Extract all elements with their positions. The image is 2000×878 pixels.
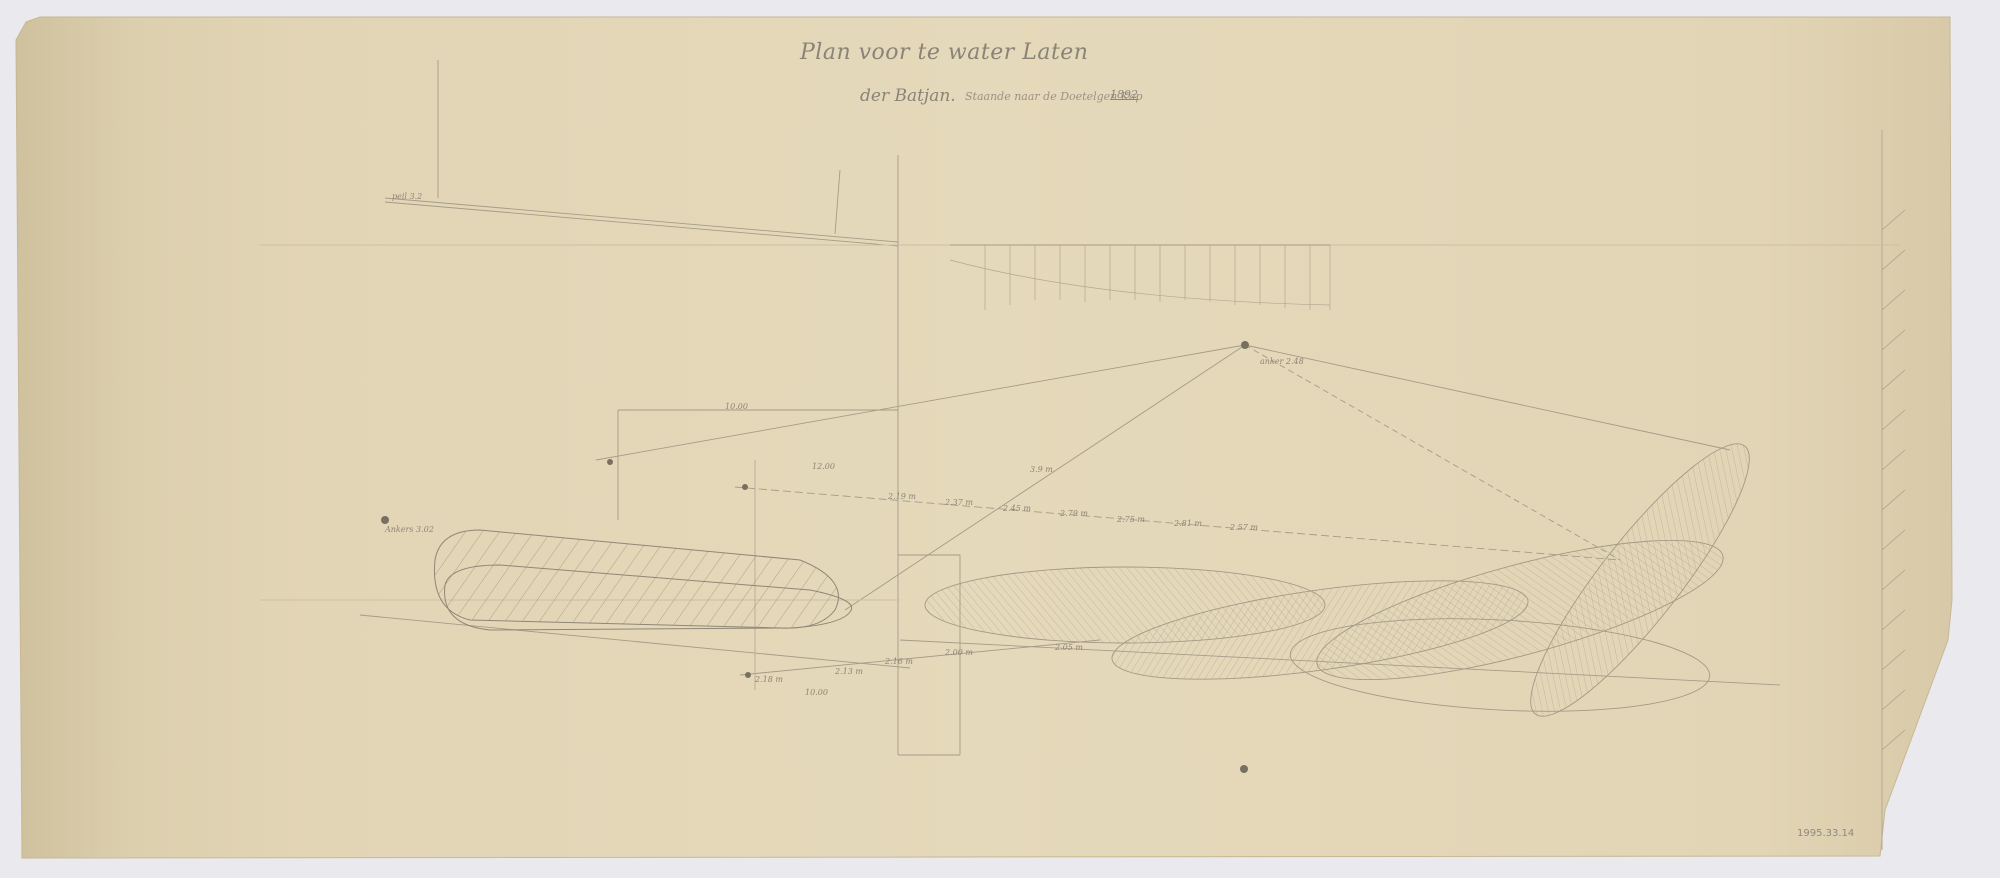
catalog-number: 1995.33.14 — [1797, 828, 1854, 839]
depth-label: 2.57 m — [1230, 523, 1258, 532]
depth-label: 2.00 m — [945, 648, 973, 657]
depth-label: 2.19 m — [888, 492, 916, 501]
dimension-label: 3.9 m — [1030, 465, 1053, 474]
drawing-year: 1892 — [1110, 88, 1138, 101]
depth-label: 2.18 m — [755, 675, 783, 684]
depth-label: 2.13 m — [835, 667, 863, 676]
reference-mark: Ankers 3.02 — [385, 525, 434, 534]
depth-label: 2.75 m — [1117, 515, 1145, 524]
drawing-sheet: Plan voor te water Laten der Batjan. Sta… — [0, 0, 2000, 878]
drawing-subtitle: der Batjan. — [860, 86, 956, 106]
reference-mark: anker 2.48 — [1260, 357, 1304, 366]
technical-drawing — [0, 0, 2000, 878]
depth-label: 2.45 m — [1003, 504, 1031, 513]
paper-outline — [16, 17, 1952, 858]
reference-mark: peil 3.2 — [392, 192, 422, 201]
depth-label: 2.81 m — [1174, 519, 1202, 528]
depth-label: 2.37 m — [945, 498, 973, 507]
depth-label: 2.05 m — [1055, 643, 1083, 652]
dimension-label: 12.00 — [812, 462, 835, 471]
depth-label: 2.16 m — [885, 657, 913, 666]
dimension-label: 10.00 — [725, 402, 748, 411]
depth-label: 2.79 m — [1060, 509, 1088, 518]
dimension-label: 10.00 — [805, 688, 828, 697]
drawing-title: Plan voor te water Laten — [800, 40, 1088, 65]
